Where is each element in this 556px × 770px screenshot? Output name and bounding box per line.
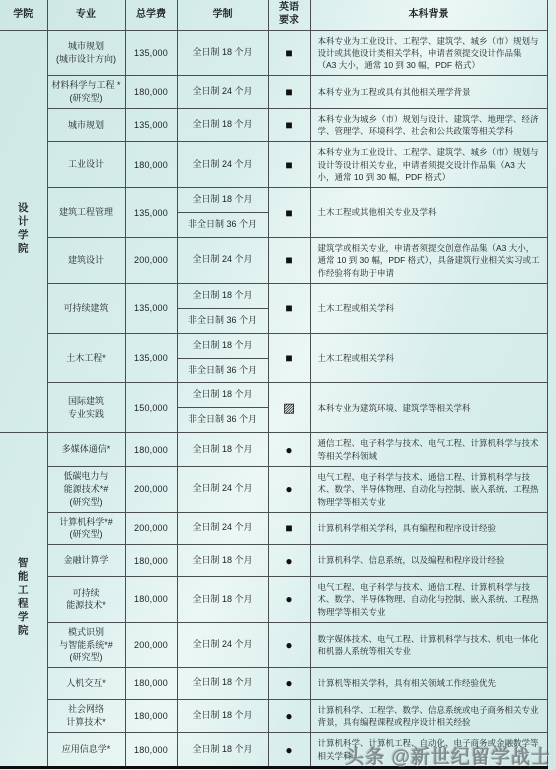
major-cell: 城市规划 (城市设计方向) (47, 30, 125, 76)
duration-item: 全日制 18 个月 (178, 671, 268, 695)
undergrad-background-cell: 本科专业为建筑环境、建筑学等相关学科 (310, 383, 547, 433)
table-row: 金融计算学180,000全日制 18 个月●计算机科学、信息系统，以及编程和程序… (0, 545, 547, 577)
undergrad-background-cell: 数字媒体技术、电气工程、计算机科学与技术、机电一体化和机器人系统等相关专业 (310, 622, 547, 667)
tuition-cell: 180,000 (125, 733, 177, 768)
english-requirement-cell: ■ (268, 333, 310, 383)
tuition-cell: 135,000 (125, 30, 177, 76)
table-row: 应用信息学*180,000全日制 18 个月●计算机科学、计算机工程、自动化、电… (0, 733, 547, 768)
header-major: 专业 (47, 0, 125, 30)
duration-cell: 全日制 18 个月非全日制 36 个月 (177, 283, 268, 333)
undergrad-background-cell: 本科专业为工程或具有其他相关理学背景 (310, 76, 547, 108)
duration-cell: 全日制 18 个月 (177, 577, 268, 623)
duration-cell: 全日制 18 个月非全日制 36 个月 (177, 333, 268, 383)
english-requirement-cell: ■ (268, 237, 310, 283)
undergrad-background-cell: 本科专业为城乡（市）规划与设计、建筑学、地理学、经济学、管理学、环境科学、社会和… (310, 108, 547, 142)
duration-item: 全日制 18 个月 (178, 549, 268, 573)
duration-item: 全日制 24 个月 (178, 80, 268, 104)
filled-circle-icon: ● (285, 592, 292, 606)
duration-cell: 全日制 18 个月 (177, 733, 268, 768)
duration-item: 全日制 18 个月 (178, 704, 268, 728)
duration-item: 全日制 18 个月 (178, 588, 268, 612)
tuition-cell: 135,000 (125, 333, 177, 383)
header-tuition: 总学费 (125, 0, 177, 30)
duration-cell: 全日制 24 个月 (177, 622, 268, 667)
major-cell: 应用信息学* (47, 733, 125, 768)
table-row: 工业设计180,000全日制 24 个月■本科专业为工业设计、工程学、建筑学、城… (0, 142, 547, 188)
table-row: 人机交互*180,000全日制 18 个月●计算机等相关学科，具有相关领域工作经… (0, 667, 547, 699)
header-undergrad-background: 本科背景 (310, 0, 547, 30)
major-cell: 建筑工程管理 (47, 188, 125, 238)
undergrad-background-cell: 电气工程、电子科学与技术、通信工程、计算机科学与技术、数学、半导体物理、自动化与… (310, 466, 547, 512)
duration-item: 全日制 24 个月 (178, 248, 268, 272)
undergrad-background-cell: 计算机科学、信息系统，以及编程和程序设计经验 (310, 545, 547, 577)
table-row: 低碳电力与 能源技术*# (研究型)200,000全日制 24 个月●电气工程、… (0, 466, 547, 512)
major-cell: 计算机科学*# (研究型) (47, 512, 125, 544)
major-cell: 多媒体通信* (47, 433, 125, 467)
table-row: 可持续建筑135,000全日制 18 个月非全日制 36 个月■土木工程或相关学… (0, 283, 547, 333)
english-requirement-cell: ● (268, 699, 310, 733)
filled-circle-icon: ● (285, 676, 292, 690)
filled-square-icon: ■ (285, 85, 292, 99)
tuition-cell: 180,000 (125, 433, 177, 467)
english-requirement-cell: ■ (268, 512, 310, 544)
table-row: 国际建筑 专业实践150,000全日制 18 个月非全日制 36 个月▨本科专业… (0, 383, 547, 433)
filled-circle-icon: ● (285, 554, 292, 568)
duration-item: 全日制 24 个月 (178, 153, 268, 177)
undergrad-background-cell: 电气工程、电子科学与技术、通信工程、计算机科学与技术、数学、半导体物理、自动化与… (310, 577, 547, 623)
major-cell: 社会网络 计算技术* (47, 699, 125, 733)
duration-cell: 全日制 18 个月 (177, 108, 268, 142)
english-requirement-cell: ■ (268, 283, 310, 333)
duration-item: 全日制 24 个月 (178, 633, 268, 657)
filled-square-icon: ■ (285, 253, 292, 267)
english-requirement-cell: ● (268, 667, 310, 699)
duration-cell: 全日制 18 个月非全日制 36 个月 (177, 188, 268, 238)
tuition-cell: 135,000 (125, 188, 177, 238)
english-requirement-cell: ■ (268, 188, 310, 238)
duration-cell: 全日制 18 个月 (177, 699, 268, 733)
table-row: 模式识别 与智能系统*# (研究型)200,000全日制 24 个月●数字媒体技… (0, 622, 547, 667)
undergrad-background-cell: 计算机科学、工程学、数学、信息系统或电子商务相关专业背景，具有编程课程或程序设计… (310, 699, 547, 733)
table-row: 设计学院城市规划 (城市设计方向)135,000全日制 18 个月■本科专业为工… (0, 30, 547, 76)
english-requirement-cell: ■ (268, 108, 310, 142)
tuition-cell: 200,000 (125, 512, 177, 544)
duration-cell: 全日制 24 个月 (177, 142, 268, 188)
english-requirement-cell: ● (268, 545, 310, 577)
college-cell: 智能工程学院 (0, 433, 47, 768)
english-requirement-cell: ■ (268, 30, 310, 76)
duration-cell: 全日制 24 个月 (177, 237, 268, 283)
college-name: 设计学院 (16, 202, 31, 256)
english-requirement-cell: ■ (268, 142, 310, 188)
tuition-cell: 135,000 (125, 283, 177, 333)
english-requirement-cell: ● (268, 433, 310, 467)
tuition-cell: 200,000 (125, 622, 177, 667)
major-cell: 可持续 能源技术* (47, 577, 125, 623)
english-requirement-cell: ● (268, 466, 310, 512)
tuition-cell: 150,000 (125, 383, 177, 433)
duration-item: 全日制 18 个月 (178, 334, 268, 358)
major-cell: 金融计算学 (47, 545, 125, 577)
tuition-cell: 180,000 (125, 545, 177, 577)
duration-cell: 全日制 18 个月 (177, 433, 268, 467)
duration-item: 全日制 18 个月 (178, 188, 268, 212)
undergrad-background-cell: 本科专业为工业设计、工程学、建筑学、城乡（市）规划与设计或其他设计类相关学科，申… (310, 30, 547, 76)
tuition-cell: 180,000 (125, 699, 177, 733)
duration-item: 全日制 24 个月 (178, 516, 268, 540)
undergrad-background-cell: 计算机等相关学科，具有相关领域工作经验优先 (310, 667, 547, 699)
header-duration: 学制 (177, 0, 268, 30)
tuition-cell: 200,000 (125, 237, 177, 283)
table-row: 社会网络 计算技术*180,000全日制 18 个月●计算机科学、工程学、数学、… (0, 699, 547, 733)
filled-square-icon: ■ (285, 206, 292, 220)
table-row: 城市规划135,000全日制 18 个月■本科专业为城乡（市）规划与设计、建筑学… (0, 108, 547, 142)
duration-cell: 全日制 18 个月 (177, 30, 268, 76)
duration-cell: 全日制 18 个月非全日制 36 个月 (177, 383, 268, 433)
duration-item: 全日制 18 个月 (178, 383, 268, 407)
filled-square-icon: ■ (285, 301, 292, 315)
filled-square-icon: ■ (285, 46, 292, 60)
undergrad-background-cell: 计算机科学、计算机工程、自动化、电子商务或金融数学等相关学科 (310, 733, 547, 768)
filled-square-icon: ■ (285, 118, 292, 132)
filled-circle-icon: ● (285, 709, 292, 723)
filled-circle-icon: ● (285, 638, 292, 652)
filled-circle-icon: ● (285, 482, 292, 496)
english-requirement-cell: ■ (268, 76, 310, 108)
undergrad-background-cell: 计算机科学相关学科，具有编程和程序设计经验 (310, 512, 547, 544)
duration-item: 非全日制 36 个月 (178, 212, 268, 237)
major-cell: 城市规划 (47, 108, 125, 142)
major-cell: 国际建筑 专业实践 (47, 383, 125, 433)
header-college: 学院 (0, 0, 47, 30)
college-name: 智能工程学院 (16, 557, 31, 638)
tuition-cell: 180,000 (125, 76, 177, 108)
undergrad-background-cell: 土木工程或其他相关专业及学科 (310, 188, 547, 238)
undergrad-background-cell: 本科专业为工业设计、工程学、建筑学、城乡（市）规划与设计等设计相关专业，申请者须… (310, 142, 547, 188)
duration-item: 全日制 18 个月 (178, 738, 268, 762)
duration-cell: 全日制 18 个月 (177, 545, 268, 577)
duration-item: 全日制 18 个月 (178, 284, 268, 308)
tuition-cell: 180,000 (125, 577, 177, 623)
table-row: 土木工程*135,000全日制 18 个月非全日制 36 个月■土木工程或相关学… (0, 333, 547, 383)
major-cell: 工业设计 (47, 142, 125, 188)
filled-square-icon: ■ (285, 158, 292, 172)
filled-circle-icon: ● (285, 743, 292, 757)
program-table-body: 设计学院城市规划 (城市设计方向)135,000全日制 18 个月■本科专业为工… (0, 30, 547, 767)
tuition-cell: 180,000 (125, 142, 177, 188)
table-row: 建筑设计200,000全日制 24 个月■建筑学或相关专业，申请者须提交创意作品… (0, 237, 547, 283)
header-english-requirement: 英语 要求 (268, 0, 310, 30)
tuition-cell: 180,000 (125, 667, 177, 699)
program-table: 学院 专业 总学费 学制 英语 要求 本科背景 设计学院城市规划 (城市设计方向… (0, 0, 548, 769)
duration-item: 非全日制 36 个月 (178, 358, 268, 383)
major-cell: 材料科学与工程 * (研究型) (47, 76, 125, 108)
duration-item: 全日制 18 个月 (178, 41, 268, 65)
duration-item: 全日制 18 个月 (178, 438, 268, 462)
major-cell: 土木工程* (47, 333, 125, 383)
undergrad-background-cell: 建筑学或相关专业，申请者须提交创意作品集（A3 大小，通常 10 到 30 幅，… (310, 237, 547, 283)
table-header-row: 学院 专业 总学费 学制 英语 要求 本科背景 (0, 0, 547, 30)
major-cell: 低碳电力与 能源技术*# (研究型) (47, 466, 125, 512)
duration-cell: 全日制 18 个月 (177, 667, 268, 699)
college-cell: 设计学院 (0, 30, 47, 433)
table-row: 建筑工程管理135,000全日制 18 个月非全日制 36 个月■土木工程或其他… (0, 188, 547, 238)
hatched-square-icon: ▨ (283, 400, 295, 415)
duration-cell: 全日制 24 个月 (177, 76, 268, 108)
tuition-cell: 200,000 (125, 466, 177, 512)
english-requirement-cell: ● (268, 733, 310, 768)
undergrad-background-cell: 通信工程、电子科学与技术、电气工程、计算机科学与技术等相关学科领域 (310, 433, 547, 467)
table-row: 材料科学与工程 * (研究型)180,000全日制 24 个月■本科专业为工程或… (0, 76, 547, 108)
table-row: 可持续 能源技术*180,000全日制 18 个月●电气工程、电子科学与技术、通… (0, 577, 547, 623)
filled-square-icon: ■ (285, 521, 292, 535)
page: 学院 专业 总学费 学制 英语 要求 本科背景 设计学院城市规划 (城市设计方向… (0, 0, 556, 770)
duration-item: 全日制 18 个月 (178, 113, 268, 137)
major-cell: 模式识别 与智能系统*# (研究型) (47, 622, 125, 667)
duration-item: 全日制 24 个月 (178, 477, 268, 501)
major-cell: 建筑设计 (47, 237, 125, 283)
major-cell: 人机交互* (47, 667, 125, 699)
major-cell: 可持续建筑 (47, 283, 125, 333)
undergrad-background-cell: 土木工程或相关学科 (310, 283, 547, 333)
duration-cell: 全日制 24 个月 (177, 466, 268, 512)
duration-item: 非全日制 36 个月 (178, 308, 268, 333)
english-requirement-cell: ● (268, 622, 310, 667)
tuition-cell: 135,000 (125, 108, 177, 142)
duration-item: 非全日制 36 个月 (178, 407, 268, 432)
duration-cell: 全日制 24 个月 (177, 512, 268, 544)
english-requirement-cell: ▨ (268, 383, 310, 433)
filled-circle-icon: ● (285, 443, 292, 457)
table-row: 计算机科学*# (研究型)200,000全日制 24 个月■计算机科学相关学科，… (0, 512, 547, 544)
english-requirement-cell: ● (268, 577, 310, 623)
filled-square-icon: ■ (285, 351, 292, 365)
undergrad-background-cell: 土木工程或相关学科 (310, 333, 547, 383)
table-row: 智能工程学院多媒体通信*180,000全日制 18 个月●通信工程、电子科学与技… (0, 433, 547, 467)
